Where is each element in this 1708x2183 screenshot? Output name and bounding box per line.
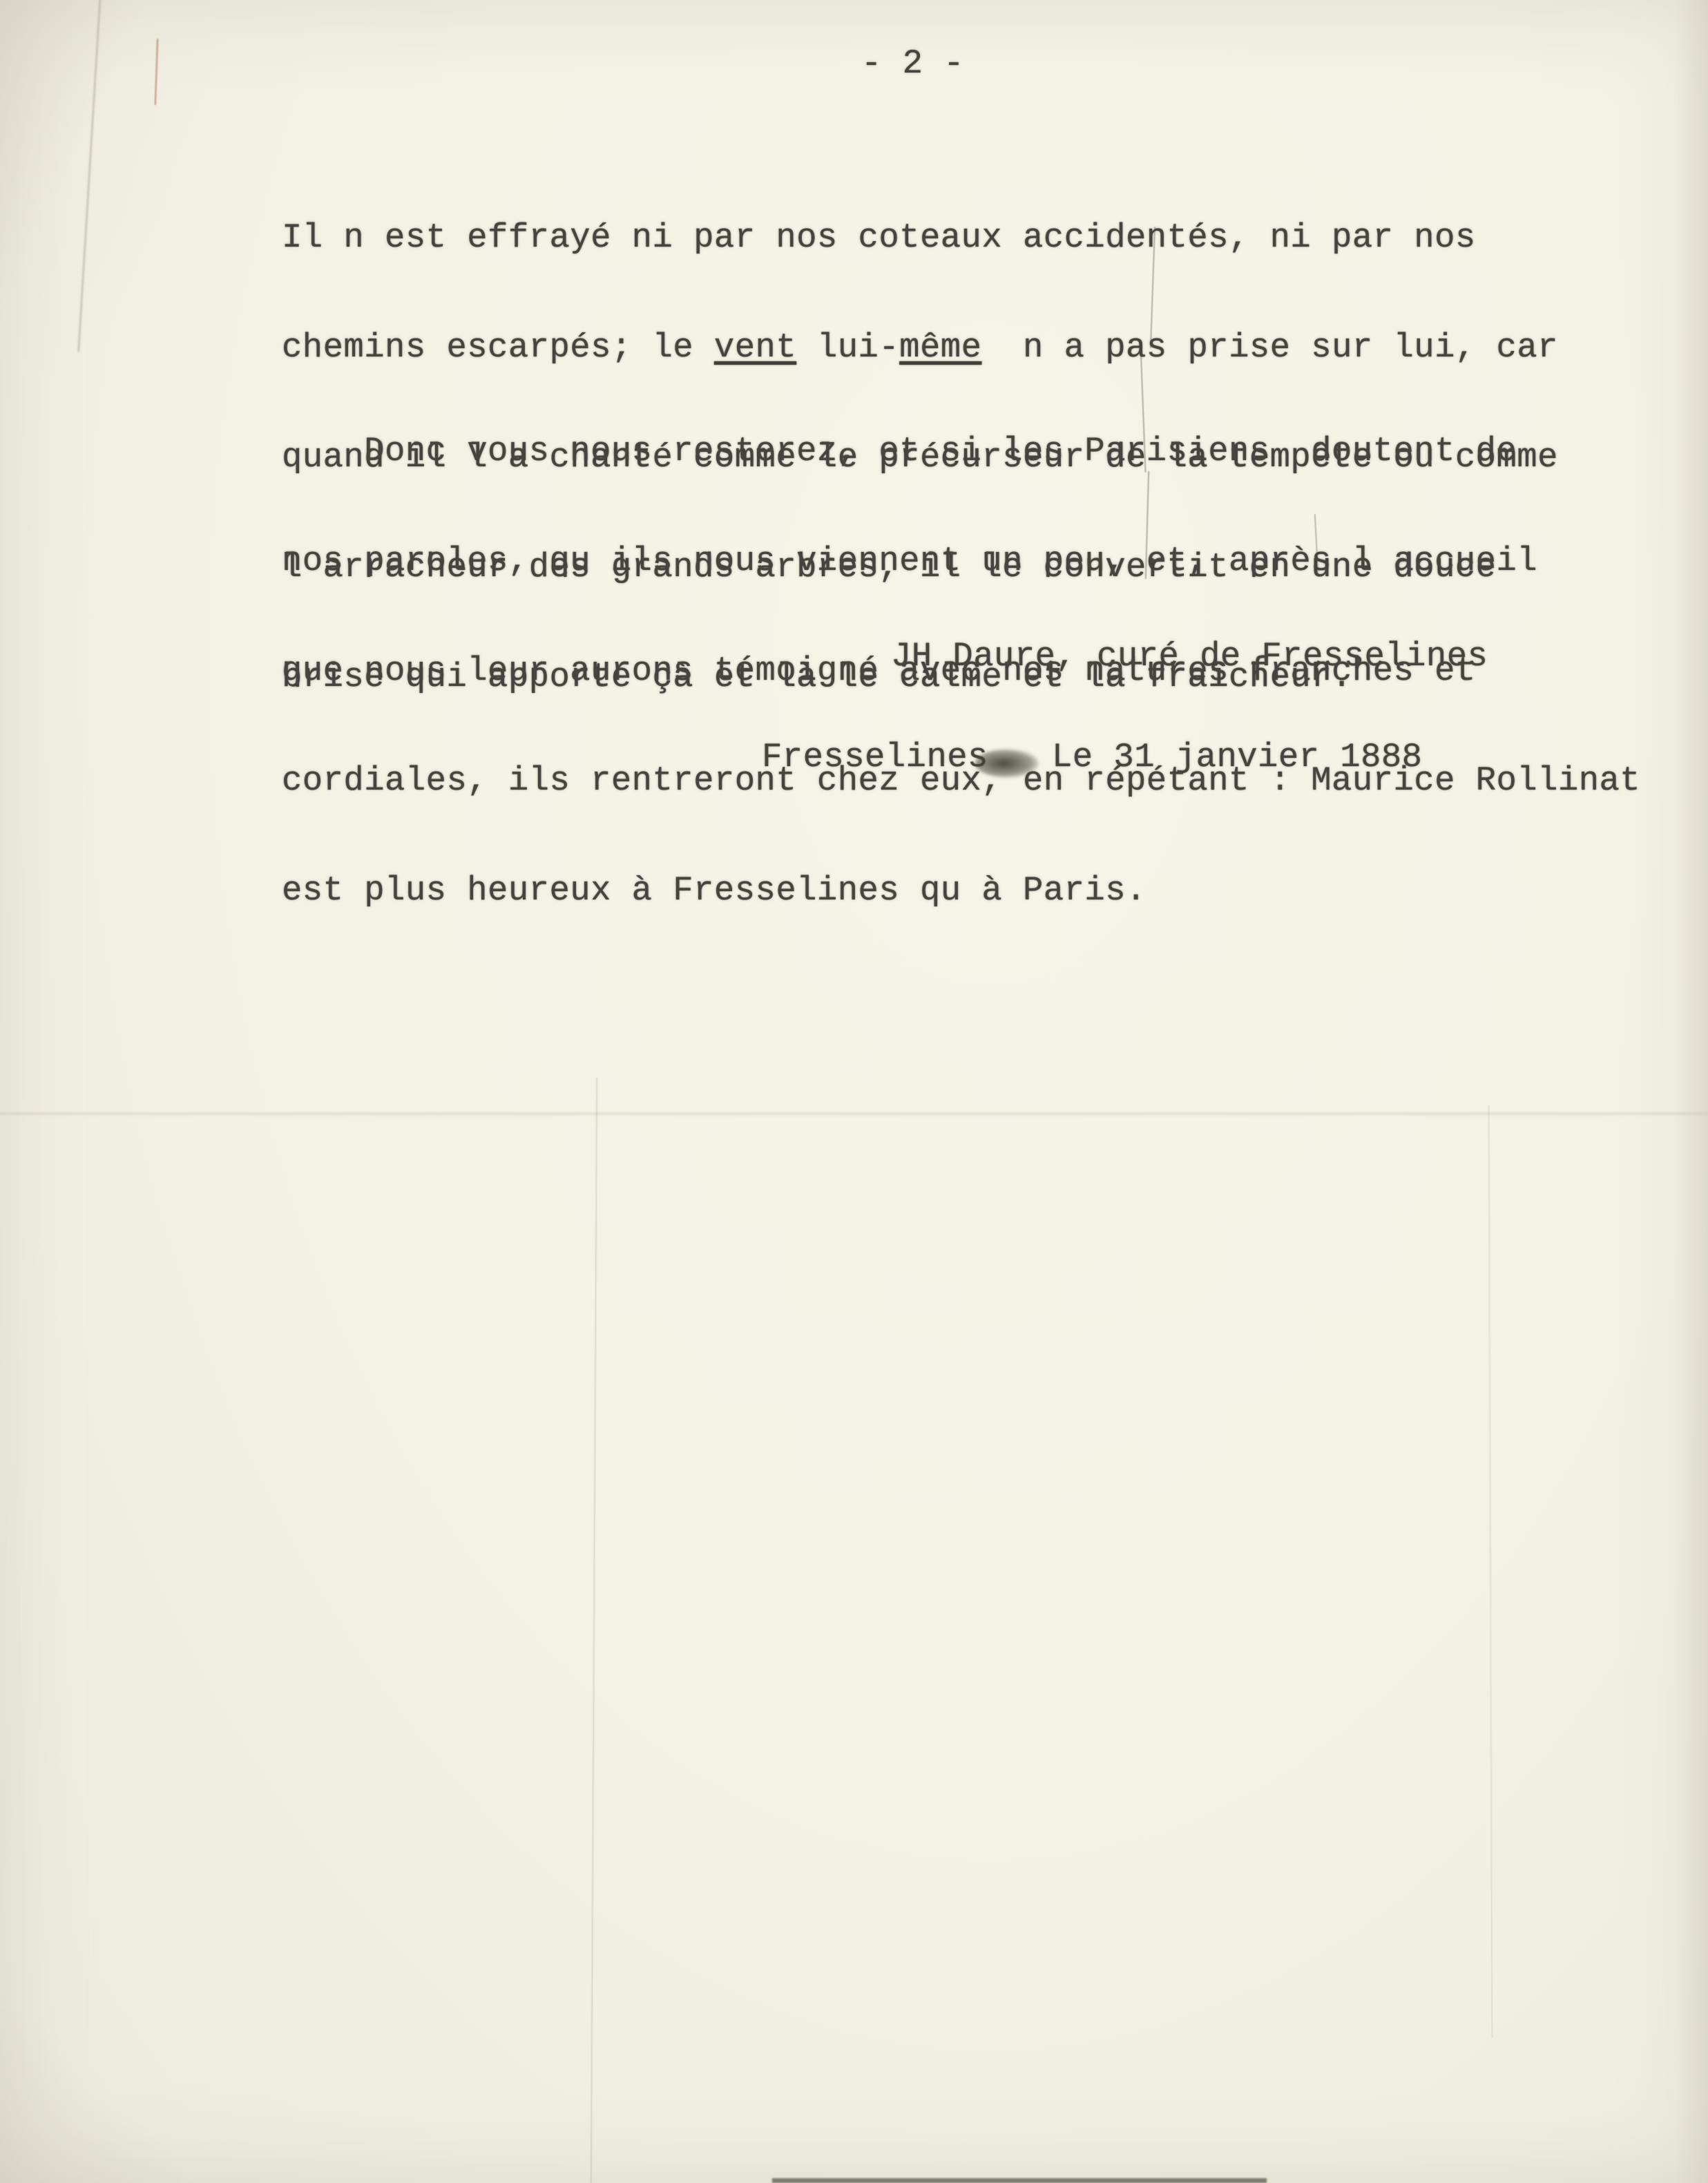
text-line: nos paroles, qu ils nous viennent un peu… [282, 543, 1640, 580]
text-line: Donc vous nous resterez, et si les Paris… [282, 433, 1640, 470]
signature-line: JH Daure, curé de Fresselines [891, 638, 1488, 675]
page-number: - 2 - [861, 46, 964, 82]
date-label: Le 31 janvier 1888 [1052, 739, 1423, 776]
text-line: Il n est effrayé ni par nos coteaux acci… [282, 220, 1558, 256]
fold-shading-bottom-left [0, 2010, 180, 2183]
scanner-edge-shadow [772, 2178, 1267, 2183]
fold-crease-horizontal [0, 1111, 1708, 1118]
fold-shading-top-left [0, 0, 256, 373]
fold-crease-vertical-right [1488, 1105, 1494, 2038]
paper-edge-right [1676, 0, 1708, 2183]
scanned-letter-page: - 2 - Il n est effrayé ni par nos coteau… [0, 0, 1708, 2183]
place-label: Fresselines [762, 739, 988, 776]
fold-crease-vertical-left [590, 1078, 598, 2183]
text-line: est plus heureux à Fresselines qu à Pari… [282, 873, 1640, 909]
ink-smudge [975, 749, 1039, 778]
